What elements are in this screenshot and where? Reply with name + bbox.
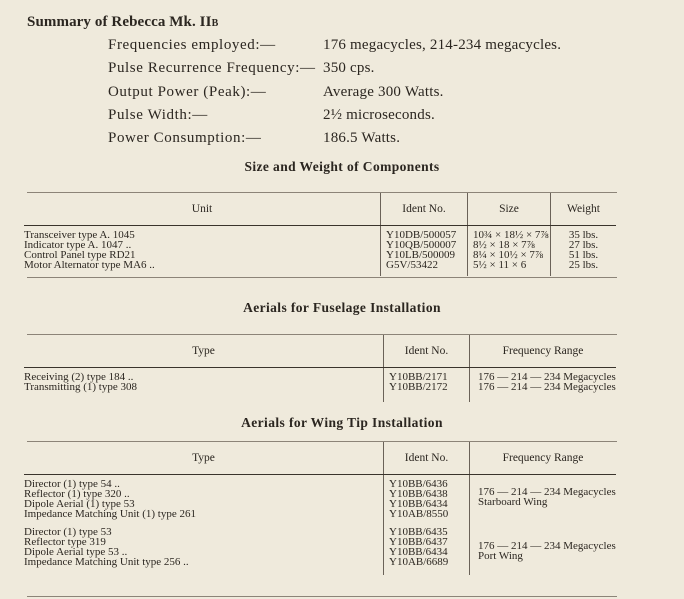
ident-no: Y10AB/6689 (384, 557, 470, 575)
spec-label: Pulse Width:— (108, 107, 323, 124)
ident-no: Y10DB/500057 (381, 226, 468, 241)
components-heading: Size and Weight of Components (0, 159, 684, 175)
col-header-frequency: Frequency Range (470, 335, 617, 368)
table-row: Transmitting (1) type 308 Y10BB/2172 176… (24, 382, 616, 402)
spec-row: Output Power (Peak):—Average 300 Watts. (108, 81, 561, 104)
table-row: Director (1) type 53 Y10BB/6435 176 — 21… (24, 527, 616, 537)
components-table: Unit Ident No. Size Weight Transceiver t… (24, 193, 616, 276)
col-header-weight: Weight (551, 193, 617, 226)
divider (27, 277, 617, 278)
spec-label: Output Power (Peak):— (108, 84, 323, 101)
wing-location: Starboard Wing (478, 497, 616, 507)
frequency-group-starboard: 176 — 214 — 234 Megacycles Starboard Win… (470, 475, 617, 520)
spec-row: Power Consumption:—186.5 Watts. (108, 127, 561, 150)
spec-label: Power Consumption:— (108, 130, 323, 147)
table-row: Director (1) type 54 .. Y10BB/6436 176 —… (24, 475, 616, 490)
spec-label: Frequencies employed:— (108, 37, 323, 54)
divider (27, 596, 617, 597)
spec-value: 186.5 Watts. (323, 130, 400, 147)
fuselage-table: Type Ident No. Frequency Range Receiving… (24, 335, 616, 402)
weight: 35 lbs. (551, 226, 617, 241)
frequency-range: 176 — 214 — 234 Megacycles (470, 368, 617, 383)
title-suffix: B (212, 18, 219, 29)
wingtip-heading: Aerials for Wing Tip Installation (0, 415, 684, 431)
aerial-type: Director (1) type 54 .. (24, 475, 384, 490)
spec-row: Pulse Recurrence Frequency:—350 cps. (108, 57, 561, 80)
wing-location: Port Wing (478, 551, 616, 561)
aerial-type: Receiving (2) type 184 .. (24, 368, 384, 383)
title-text: Summary of Rebecca Mk. II (27, 14, 212, 30)
weight: 25 lbs. (551, 260, 617, 276)
frequency-range: 176 — 214 — 234 Megacycles (470, 382, 617, 402)
col-header-type: Type (24, 442, 384, 475)
col-header-ident: Ident No. (381, 193, 468, 226)
col-header-type: Type (24, 335, 384, 368)
fuselage-heading: Aerials for Fuselage Installation (0, 300, 684, 316)
frequency-group-port: 176 — 214 — 234 Megacycles Port Wing (470, 527, 617, 575)
ident-no: Y10BB/2171 (384, 368, 470, 383)
aerial-type: Impedance Matching Unit type 256 .. (24, 557, 384, 575)
spec-summary: Frequencies employed:—176 megacycles, 21… (108, 34, 561, 150)
page-title: Summary of Rebecca Mk. IIB (27, 14, 218, 31)
spec-label: Pulse Recurrence Frequency:— (108, 60, 323, 77)
table-row: Motor Alternator type MA6 .. G5V/53422 5… (24, 260, 616, 276)
spec-value: 176 megacycles, 214-234 megacycles. (323, 37, 561, 54)
col-header-size: Size (468, 193, 551, 226)
wingtip-table: Type Ident No. Frequency Range Director … (24, 442, 616, 575)
table-row: Receiving (2) type 184 .. Y10BB/2171 176… (24, 368, 616, 383)
ident-no: Y10AB/8550 (384, 509, 470, 519)
ident-no: G5V/53422 (381, 260, 468, 276)
unit-name: Motor Alternator type MA6 .. (24, 259, 155, 271)
ident-no: Y10BB/6436 (384, 475, 470, 490)
spec-row: Pulse Width:—2½ microseconds. (108, 104, 561, 127)
col-header-ident: Ident No. (384, 335, 470, 368)
col-header-ident: Ident No. (384, 442, 470, 475)
spec-row: Frequencies employed:—176 megacycles, 21… (108, 34, 561, 57)
ident-no: Y10BB/2172 (384, 382, 470, 402)
table-row: Transceiver type A. 1045 Y10DB/500057 10… (24, 226, 616, 241)
spec-value: 350 cps. (323, 60, 375, 77)
spec-value: Average 300 Watts. (323, 84, 444, 101)
size: 10¾ × 18½ × 7⅞ (468, 226, 551, 241)
size: 5½ × 11 × 6 (468, 260, 551, 276)
col-header-unit: Unit (24, 193, 381, 226)
col-header-frequency: Frequency Range (470, 442, 617, 475)
aerial-type: Transmitting (1) type 308 (24, 382, 384, 402)
aerial-type: Impedance Matching Unit (1) type 261 (24, 509, 384, 519)
spec-value: 2½ microseconds. (323, 107, 435, 124)
